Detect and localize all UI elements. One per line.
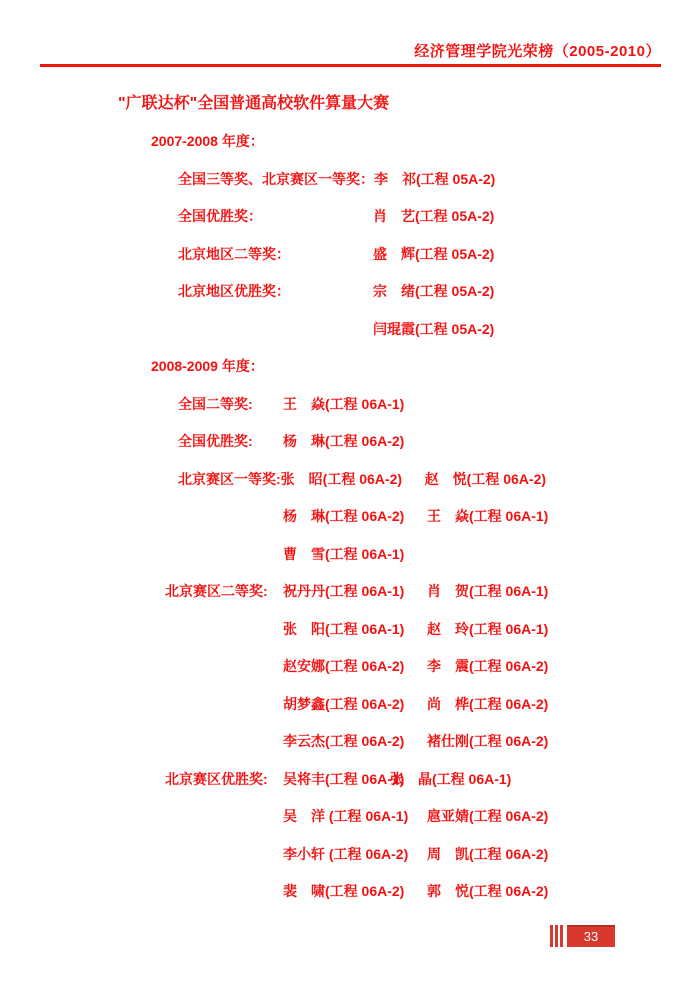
award-row: 李小轩 (工程 06A-2)周 凯(工程 06A-2)	[283, 844, 700, 882]
stripes-icon	[550, 925, 565, 947]
award-row: 李云杰(工程 06A-2)褚仕刚(工程 06A-2)	[283, 731, 700, 769]
winner-name: 李 震(工程 06A-2)	[427, 656, 548, 676]
award-label: 全国优胜奖：	[178, 206, 373, 226]
award-row: 张 阳(工程 06A-1)赵 玲(工程 06A-1)	[283, 619, 700, 657]
winner-name: 尚 桦(工程 06A-2)	[427, 694, 548, 714]
doc-title: "广联达杯"全国普通高校软件算量大赛	[118, 90, 389, 113]
award-label: 北京地区优胜奖：	[178, 281, 373, 301]
award-label: 全国二等奖:	[178, 394, 283, 414]
award-label: 全国三等奖、北京赛区一等奖：	[178, 169, 374, 189]
winner-name: 杨 琳(工程 06A-2)	[283, 431, 404, 451]
award-row: 曹 雪(工程 06A-1)	[283, 544, 700, 582]
winner-name: 褚仕刚(工程 06A-2)	[427, 731, 548, 751]
document-page: 经济管理学院光荣榜（2005-2010） "广联达杯"全国普通高校软件算量大赛 …	[0, 0, 700, 998]
winner-name: 肖 贺(工程 06A-1)	[427, 581, 548, 601]
winner-name: 盛 辉(工程 05A-2)	[373, 244, 494, 264]
winner-name: 王 焱(工程 06A-1)	[283, 394, 404, 414]
award-row: 北京赛区一等奖:张 昭(工程 06A-2)赵 悦(工程 06A-2)	[178, 469, 700, 507]
winner-name: 赵 玲(工程 06A-1)	[427, 619, 548, 639]
content: 2007-2008 年度：全国三等奖、北京赛区一等奖：李 祁(工程 05A-2)…	[0, 131, 700, 919]
award-row: 全国二等奖:王 焱(工程 06A-1)	[178, 394, 700, 432]
award-row: 北京地区优胜奖：宗 绪(工程 05A-2)	[178, 281, 700, 319]
winner-name: 赵安娜(工程 06A-2)	[283, 656, 427, 676]
award-row: 裴 啸(工程 06A-2)郭 悦(工程 06A-2)	[283, 881, 700, 919]
winner-name: 张 昭(工程 06A-2)	[281, 469, 425, 489]
winner-name: 肖 艺(工程 05A-2)	[373, 206, 494, 226]
winner-name: 赵 悦(工程 06A-2)	[425, 469, 546, 489]
award-row: 北京赛区二等奖: 祝丹丹(工程 06A-1)肖 贺(工程 06A-1)	[165, 581, 700, 619]
award-label: 北京赛区一等奖:	[178, 469, 281, 489]
winner-name: 李小轩 (工程 06A-2)	[283, 844, 427, 864]
award-row: 北京赛区优胜奖: 吴将丰(工程 06A-1)张 晶(工程 06A-1)	[165, 769, 700, 807]
page-number: 33	[567, 925, 615, 947]
winner-name: 王 焱(工程 06A-1)	[427, 506, 548, 526]
page-number-badge: 33	[550, 925, 615, 947]
award-label: 北京赛区二等奖:	[165, 581, 283, 601]
header-rule	[40, 64, 661, 67]
year-heading: 2008-2009 年度：	[151, 356, 700, 394]
winner-name: 裴 啸(工程 06A-2)	[283, 881, 427, 901]
winner-name: 李云杰(工程 06A-2)	[283, 731, 427, 751]
award-row: 全国三等奖、北京赛区一等奖：李 祁(工程 05A-2)	[178, 169, 700, 207]
winner-name: 周 凯(工程 06A-2)	[427, 844, 548, 864]
award-row: 吴 洋 (工程 06A-1)扈亚婧(工程 06A-2)	[283, 806, 700, 844]
winner-name: 曹 雪(工程 06A-1)	[283, 544, 404, 564]
award-label: 北京赛区优胜奖:	[165, 769, 283, 789]
winner-name: 李 祁(工程 05A-2)	[374, 169, 495, 189]
winner-name: 宗 绪(工程 05A-2)	[373, 281, 494, 301]
winner-name: 郭 悦(工程 06A-2)	[427, 881, 548, 901]
winner-name: 张 阳(工程 06A-1)	[283, 619, 427, 639]
winner-name: 胡梦鑫(工程 06A-2)	[283, 694, 427, 714]
award-row: 胡梦鑫(工程 06A-2)尚 桦(工程 06A-2)	[283, 694, 700, 732]
award-row: 北京地区二等奖：盛 辉(工程 05A-2)	[178, 244, 700, 282]
award-row: 全国优胜奖：肖 艺(工程 05A-2)	[178, 206, 700, 244]
winner-name: 吴 洋 (工程 06A-1)	[283, 806, 427, 826]
year-heading: 2007-2008 年度：	[151, 131, 700, 169]
award-row: 杨 琳(工程 06A-2)王 焱(工程 06A-1)	[283, 506, 700, 544]
award-row: 全国优胜奖:杨 琳(工程 06A-2)	[178, 431, 700, 469]
winner-name: 扈亚婧(工程 06A-2)	[427, 806, 548, 826]
winner-name: 祝丹丹(工程 06A-1)	[283, 581, 427, 601]
award-label: 北京地区二等奖：	[178, 244, 373, 264]
award-row: 赵安娜(工程 06A-2)李 震(工程 06A-2)	[283, 656, 700, 694]
award-row: 闫琨霞(工程 05A-2)	[373, 319, 700, 357]
winner-name: 杨 琳(工程 06A-2)	[283, 506, 427, 526]
winner-name: 吴将丰(工程 06A-1)	[283, 769, 390, 789]
winner-name: 闫琨霞(工程 05A-2)	[373, 319, 494, 339]
header-title: 经济管理学院光荣榜（2005-2010）	[414, 40, 661, 61]
award-label: 全国优胜奖:	[178, 431, 283, 451]
winner-name: 张 晶(工程 06A-1)	[390, 769, 511, 789]
